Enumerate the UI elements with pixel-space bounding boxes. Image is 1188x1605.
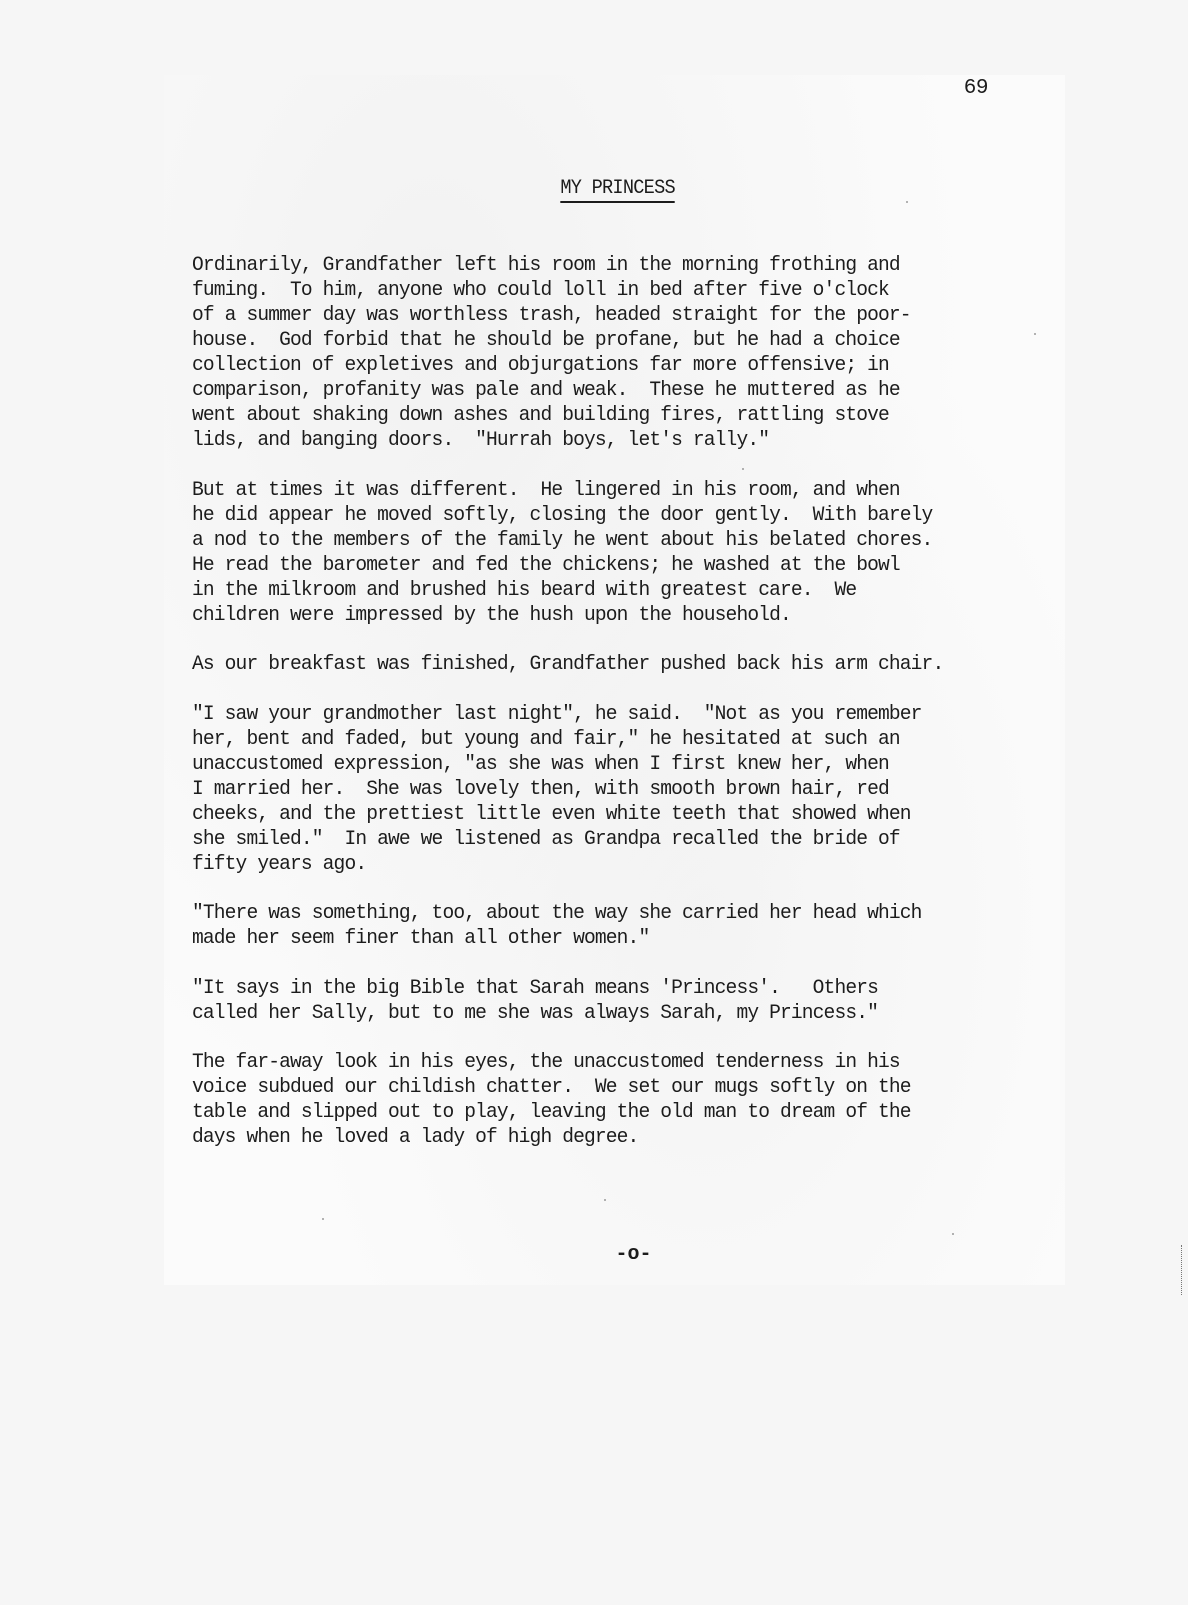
end-mark: -o- [164, 1243, 1065, 1266]
paragraph: As our breakfast was finished, Grandfath… [192, 652, 1072, 677]
text-line: fuming. To him, anyone who could loll in… [192, 278, 1032, 303]
text-line: voice subdued our childish chatter. We s… [192, 1075, 1032, 1100]
text-line: comparison, profanity was pale and weak.… [192, 378, 1032, 403]
scan-speck [952, 1233, 954, 1235]
text-line: her, bent and faded, but young and fair,… [192, 727, 1032, 752]
story-body: Ordinarily, Grandfather left his room in… [192, 253, 1072, 1175]
text-line: he did appear he moved softly, closing t… [192, 503, 1032, 528]
text-line: As our breakfast was finished, Grandfath… [192, 652, 1032, 677]
paragraph: Ordinarily, Grandfather left his room in… [192, 253, 1072, 453]
document-page: 69 MY PRINCESS Ordinarily, Grandfather l… [164, 75, 1065, 1285]
text-line: of a summer day was worthless trash, hea… [192, 303, 1032, 328]
text-line: a nod to the members of the family he we… [192, 528, 1032, 553]
title-wrapper: MY PRINCESS [164, 177, 1065, 203]
scan-speck [1034, 333, 1036, 335]
text-line: house. God forbid that he should be prof… [192, 328, 1032, 353]
page-number: 69 [964, 77, 988, 100]
text-line: she smiled." In awe we listened as Grand… [192, 827, 1032, 852]
text-line: called her Sally, but to me she was alwa… [192, 1001, 1032, 1026]
scan-speck [604, 1199, 606, 1201]
text-line: "There was something, too, about the way… [192, 901, 1032, 926]
text-line: children were impressed by the hush upon… [192, 603, 1032, 628]
scan-speck [742, 468, 744, 470]
text-line: fifty years ago. [192, 852, 1032, 877]
text-line: table and slipped out to play, leaving t… [192, 1100, 1032, 1125]
text-line: The far-away look in his eyes, the unacc… [192, 1050, 1032, 1075]
paragraph: The far-away look in his eyes, the unacc… [192, 1050, 1072, 1150]
text-line: in the milkroom and brushed his beard wi… [192, 578, 1032, 603]
page-title: MY PRINCESS [560, 177, 675, 203]
text-line: Ordinarily, Grandfather left his room in… [192, 253, 1032, 278]
text-line: made her seem finer than all other women… [192, 926, 1032, 951]
scan-edge-marks [1181, 1245, 1184, 1295]
text-line: He read the barometer and fed the chicke… [192, 553, 1032, 578]
text-line: went about shaking down ashes and buildi… [192, 403, 1032, 428]
paragraph: But at times it was different. He linger… [192, 478, 1072, 628]
scan-speck [906, 201, 908, 203]
paragraph: "I saw your grandmother last night", he … [192, 702, 1072, 877]
text-line: cheeks, and the prettiest little even wh… [192, 802, 1032, 827]
scan-speck [322, 1218, 324, 1220]
text-line: But at times it was different. He linger… [192, 478, 1032, 503]
text-line: unaccustomed expression, "as she was whe… [192, 752, 1032, 777]
text-line: days when he loved a lady of high degree… [192, 1125, 1032, 1150]
paragraph: "There was something, too, about the way… [192, 901, 1072, 951]
paragraph: "It says in the big Bible that Sarah mea… [192, 976, 1072, 1026]
text-line: "It says in the big Bible that Sarah mea… [192, 976, 1032, 1001]
text-line: collection of expletives and objurgation… [192, 353, 1032, 378]
text-line: "I saw your grandmother last night", he … [192, 702, 1032, 727]
text-line: lids, and banging doors. "Hurrah boys, l… [192, 428, 1032, 453]
text-line: I married her. She was lovely then, with… [192, 777, 1032, 802]
